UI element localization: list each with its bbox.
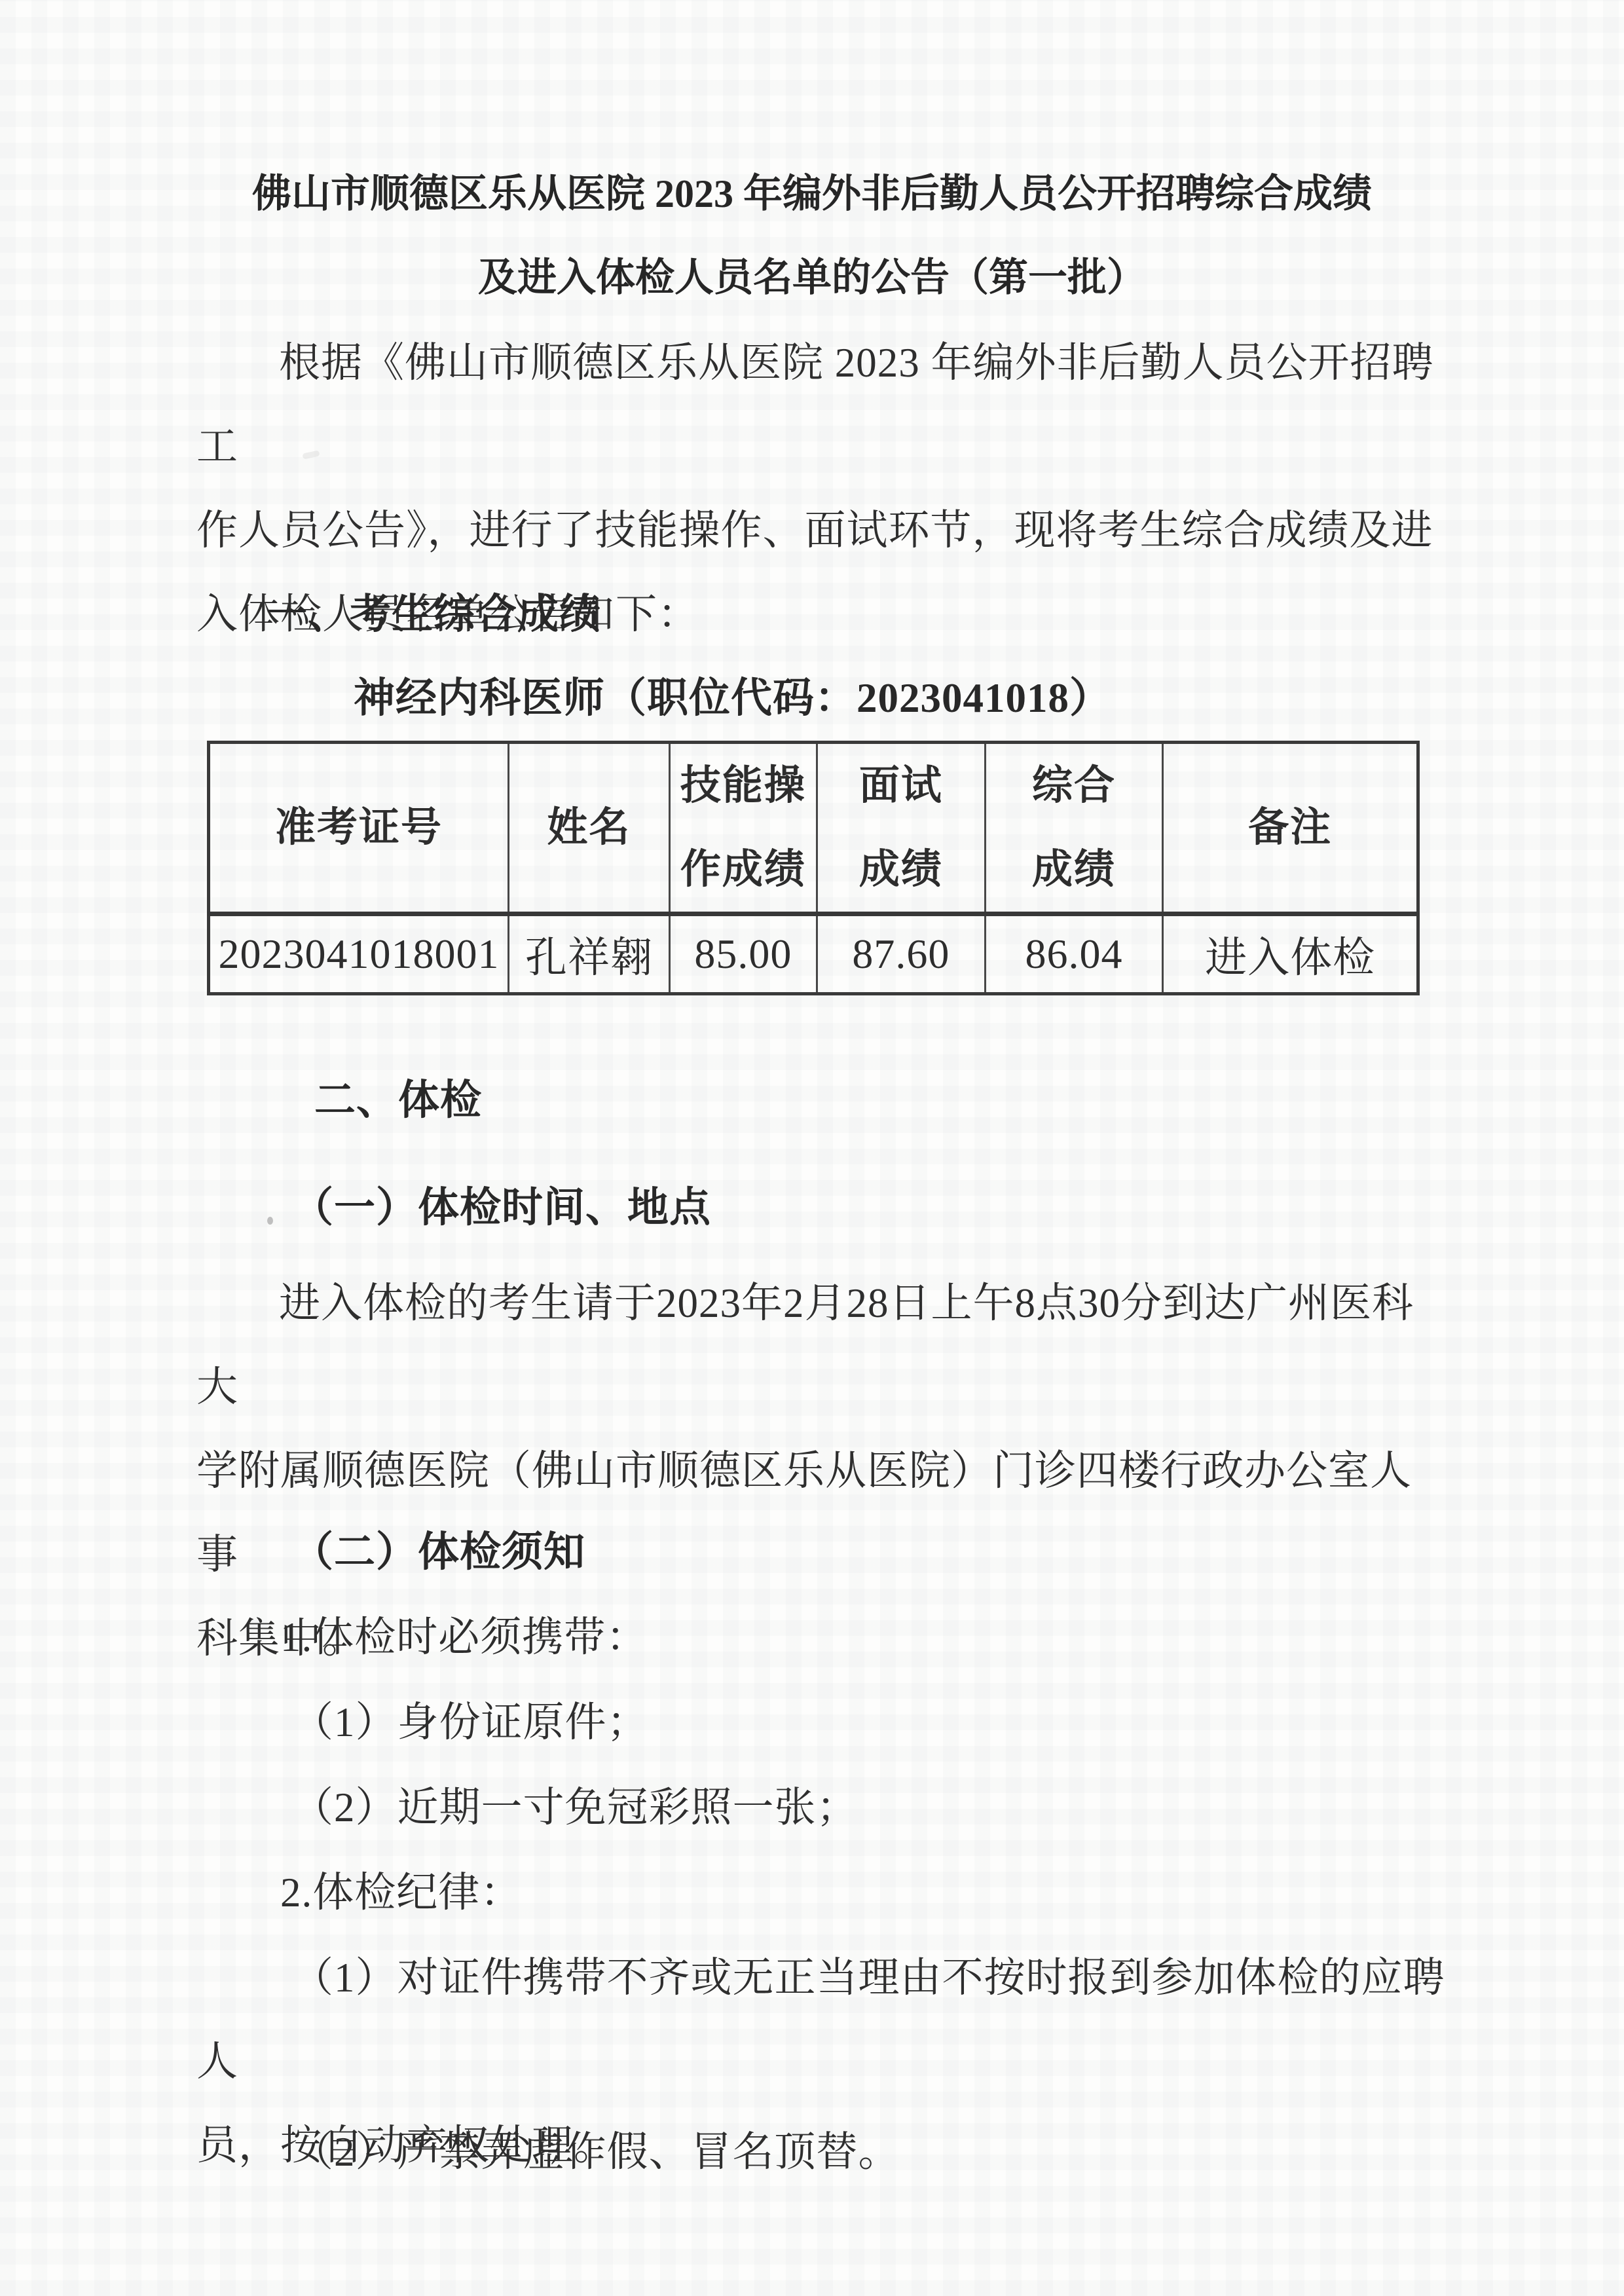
section1-heading: 一、考生综合成绩	[196, 572, 1518, 656]
score-table: 准考证号 姓名 技能操 作成绩 面试 成绩 综合 成绩 备注 202304101…	[207, 741, 1420, 995]
cell-admission-no: 2023041018001	[209, 914, 509, 994]
col-header-interview-score: 面试 成绩	[817, 743, 986, 914]
notice-item-2-2: （2）严禁弄虚作假、冒名顶替。	[196, 2110, 1544, 2194]
cell-remark: 进入体检	[1163, 914, 1418, 994]
col-header-remark: 备注	[1163, 743, 1418, 914]
col-header-skill-score: 技能操 作成绩	[669, 743, 817, 914]
col-header-admission-no: 准考证号	[209, 743, 509, 914]
notice-item-1: 1.体检时必须携带：	[196, 1595, 1532, 1679]
col-header-name: 姓名	[509, 743, 670, 914]
position-title: 神经内科医师（职位代码：2023041018）	[196, 656, 1606, 740]
table-header-row: 准考证号 姓名 技能操 作成绩 面试 成绩 综合 成绩 备注	[209, 743, 1418, 914]
announcement-page: 佛山市顺德区乐从医院 2023 年编外非后勤人员公开招聘综合成绩 及进入体检人员…	[0, 0, 1624, 2296]
section2-sub2-heading: （二）体检须知	[196, 1510, 1544, 1594]
notice-item-1-2: （2）近期一寸免冠彩照一张；	[196, 1766, 1544, 1849]
cell-interview-score: 87.60	[817, 914, 986, 994]
section2-sub1-heading: （一）体检时间、地点	[196, 1166, 1544, 1250]
section2-heading: 二、体检	[196, 1058, 1566, 1142]
col-header-overall-score: 综合 成绩	[985, 743, 1163, 914]
title-line-2: 及进入体检人员名单的公告（第一批）	[98, 236, 1526, 320]
cell-overall-score: 86.04	[985, 914, 1163, 994]
notice-item-1-1: （1）身份证原件；	[196, 1680, 1544, 1764]
cell-name: 孔祥翱	[509, 914, 670, 994]
notice-item-2: 2.体检纪律：	[196, 1851, 1532, 1935]
cell-skill-score: 85.00	[669, 914, 817, 994]
table-row: 2023041018001 孔祥翱 85.00 87.60 86.04 进入体检	[209, 914, 1418, 994]
scan-speck	[267, 1217, 273, 1225]
title-line-1: 佛山市顺德区乐从医院 2023 年编外非后勤人员公开招聘综合成绩	[98, 152, 1526, 236]
